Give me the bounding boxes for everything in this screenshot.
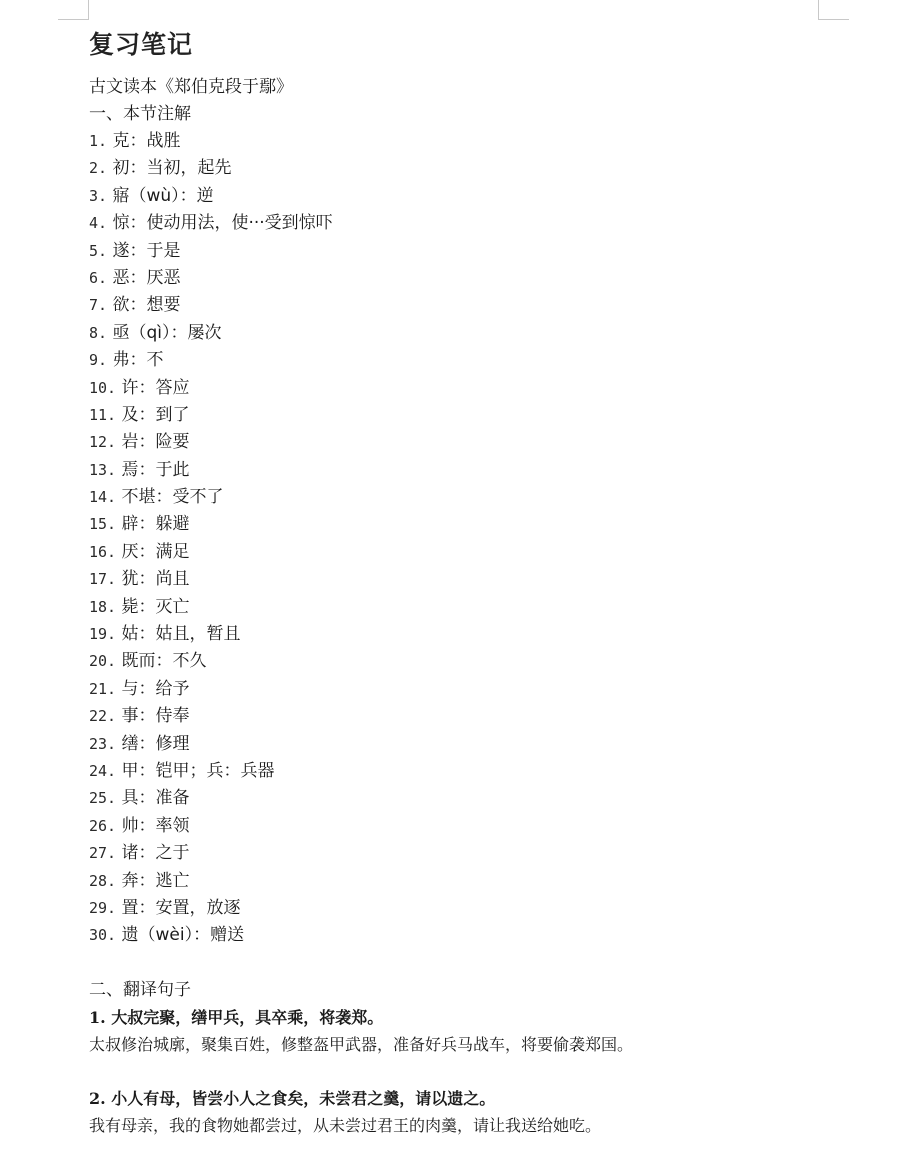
annotation-text: 克：战胜 [112, 131, 180, 151]
annotation-item: 8. 亟（qì）：屡次 [89, 320, 849, 347]
annotation-number: 11. [89, 406, 116, 424]
annotation-number: 2. [89, 159, 107, 177]
annotation-number: 3. [89, 187, 107, 205]
annotation-number: 19. [89, 625, 116, 643]
annotation-text: 具：准备 [122, 788, 190, 808]
annotation-item: 2. 初：当初，起先 [89, 155, 849, 182]
annotation-number: 6. [89, 269, 107, 287]
annotation-number: 5. [89, 242, 107, 260]
annotation-item: 17. 犹：尚且 [89, 566, 849, 593]
annotation-text: 不堪：受不了 [122, 487, 224, 507]
annotation-text: 弗：不 [112, 350, 163, 370]
annotation-number: 26. [89, 817, 116, 835]
annotation-number: 14. [89, 488, 116, 506]
annotation-text: 初：当初，起先 [112, 158, 231, 178]
annotation-text: 事：侍奉 [122, 706, 190, 726]
document-subtitle: 古文读本《郑伯克段于鄢》 [89, 74, 849, 101]
annotation-item: 20. 既而：不久 [89, 648, 849, 675]
annotation-text: 焉：于此 [122, 460, 190, 480]
annotation-text: 许：答应 [122, 378, 190, 398]
original-sentence: 1. 大叔完聚，缮甲兵，具卒乘，将袭郑。 [89, 1004, 849, 1031]
annotation-number: 29. [89, 899, 116, 917]
annotation-number: 12. [89, 433, 116, 451]
annotation-text: 犹：尚且 [122, 569, 190, 589]
annotation-item: 9. 弗：不 [89, 347, 849, 374]
annotation-number: 20. [89, 652, 116, 670]
annotation-number: 16. [89, 543, 116, 561]
sentence-spacer [89, 1058, 849, 1085]
annotation-text: 岩：险要 [122, 432, 190, 452]
annotation-text: 既而：不久 [122, 651, 207, 671]
annotation-text: 缮：修理 [122, 734, 190, 754]
annotation-item: 4. 惊：使动用法，使···受到惊吓 [89, 210, 849, 237]
annotation-item: 14. 不堪：受不了 [89, 484, 849, 511]
annotation-item: 5. 遂：于是 [89, 238, 849, 265]
annotation-number: 28. [89, 872, 116, 890]
annotation-number: 27. [89, 844, 116, 862]
annotation-item: 10. 许：答应 [89, 375, 849, 402]
annotation-text: 与：给予 [122, 679, 190, 699]
section-heading-annotations: 一、本节注解 [89, 101, 849, 128]
section-heading-translation: 二、翻译句子 [89, 977, 849, 1004]
annotation-item: 7. 欲：想要 [89, 292, 849, 319]
annotation-text: 诸：之于 [122, 843, 190, 863]
annotation-number: 30. [89, 926, 116, 944]
annotation-text: 厌：满足 [122, 542, 190, 562]
annotation-number: 24. [89, 762, 116, 780]
document-title: 复习笔记 [89, 28, 849, 62]
annotation-item: 18. 毙：灭亡 [89, 594, 849, 621]
annotation-text: 帅：率领 [122, 816, 190, 836]
annotation-number: 9. [89, 351, 107, 369]
annotation-text: 毙：灭亡 [122, 597, 190, 617]
annotation-number: 23. [89, 735, 116, 753]
annotation-list: 1. 克：战胜 2. 初：当初，起先 3. 寤（wù）：逆 4. 惊：使动用法，… [89, 128, 849, 950]
annotation-text: 欲：想要 [112, 295, 180, 315]
annotation-text: 寤（wù）：逆 [112, 186, 213, 206]
annotation-text: 置：安置，放逐 [122, 898, 241, 918]
annotation-item: 11. 及：到了 [89, 402, 849, 429]
annotation-number: 18. [89, 598, 116, 616]
annotation-number: 22. [89, 707, 116, 725]
annotation-text: 遗（wèi）：赠送 [122, 925, 245, 945]
annotation-item: 15. 辟：躲避 [89, 511, 849, 538]
annotation-text: 辟：躲避 [122, 514, 190, 534]
annotation-number: 10. [89, 379, 116, 397]
annotation-text: 惊：使动用法，使···受到惊吓 [112, 213, 332, 233]
annotation-text: 甲：铠甲；兵：兵器 [122, 761, 275, 781]
sentence-translation: 我有母亲，我的食物她都尝过，从未尝过君王的肉羹，请让我送给她吃。 [89, 1112, 849, 1139]
annotation-text: 奔：逃亡 [122, 871, 190, 891]
annotation-item: 19. 姑：姑且，暂且 [89, 621, 849, 648]
annotation-item: 22. 事：侍奉 [89, 703, 849, 730]
annotation-number: 25. [89, 789, 116, 807]
original-sentence: 2. 小人有母，皆尝小人之食矣，未尝君之羹，请以遗之。 [89, 1085, 849, 1112]
annotation-number: 8. [89, 324, 107, 342]
annotation-item: 24. 甲：铠甲；兵：兵器 [89, 758, 849, 785]
page-corner-mark-right [818, 0, 849, 20]
annotation-text: 亟（qì）：屡次 [112, 323, 221, 343]
annotation-number: 7. [89, 296, 107, 314]
annotation-item: 12. 岩：险要 [89, 429, 849, 456]
annotation-item: 21. 与：给予 [89, 676, 849, 703]
annotation-number: 4. [89, 214, 107, 232]
annotation-item: 3. 寤（wù）：逆 [89, 183, 849, 210]
section-spacer [89, 950, 849, 977]
annotation-number: 17. [89, 570, 116, 588]
annotation-number: 13. [89, 461, 116, 479]
annotation-item: 16. 厌：满足 [89, 539, 849, 566]
annotation-item: 13. 焉：于此 [89, 457, 849, 484]
sentence-translation: 太叔修治城廓，聚集百姓，修整盔甲武器，准备好兵马战车，将要偷袭郑国。 [89, 1031, 849, 1058]
annotation-number: 1. [89, 132, 107, 150]
annotation-number: 21. [89, 680, 116, 698]
annotation-item: 30. 遗（wèi）：赠送 [89, 922, 849, 949]
annotation-text: 遂：于是 [112, 241, 180, 261]
annotation-item: 1. 克：战胜 [89, 128, 849, 155]
document-page: 复习笔记 古文读本《郑伯克段于鄢》 一、本节注解 1. 克：战胜 2. 初：当初… [89, 28, 849, 1139]
annotation-item: 25. 具：准备 [89, 785, 849, 812]
annotation-number: 15. [89, 515, 116, 533]
annotation-item: 29. 置：安置，放逐 [89, 895, 849, 922]
page-corner-mark-left [58, 0, 89, 20]
annotation-item: 23. 缮：修理 [89, 731, 849, 758]
annotation-item: 6. 恶：厌恶 [89, 265, 849, 292]
annotation-item: 26. 帅：率领 [89, 813, 849, 840]
annotation-item: 27. 诸：之于 [89, 840, 849, 867]
annotation-text: 姑：姑且，暂且 [122, 624, 241, 644]
annotation-text: 恶：厌恶 [112, 268, 180, 288]
annotation-item: 28. 奔：逃亡 [89, 868, 849, 895]
annotation-text: 及：到了 [122, 405, 190, 425]
